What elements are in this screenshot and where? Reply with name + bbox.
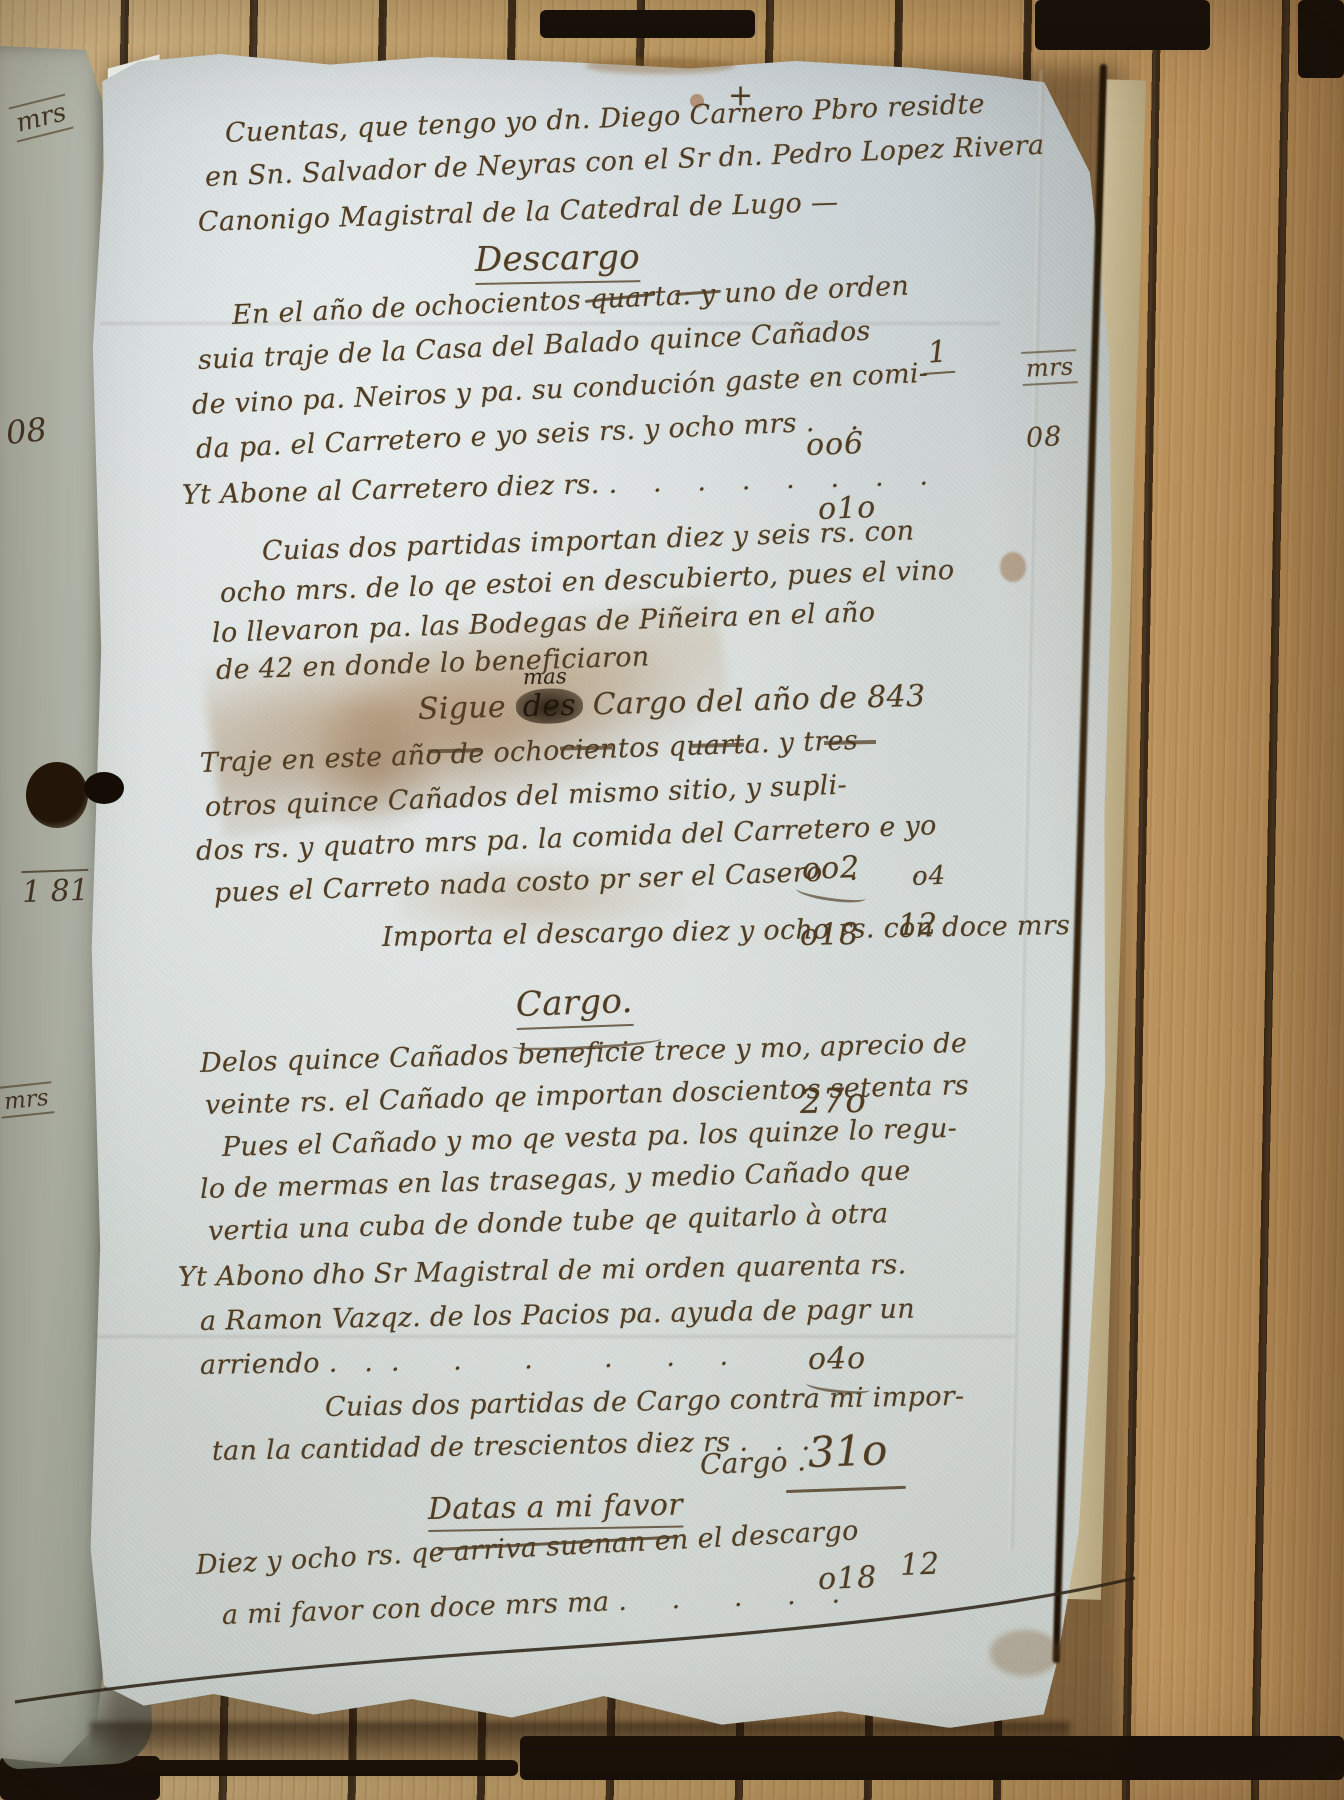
amount-mrs: 08 bbox=[1025, 421, 1063, 454]
sigue-struck-text: des bbox=[522, 688, 576, 724]
plank-gap-top-corner bbox=[1298, 0, 1344, 78]
amount-rs: oo2 bbox=[801, 850, 860, 887]
adjacent-fragment-mrs-bottom: mrs bbox=[0, 1081, 54, 1118]
section-heading-cargo: Cargo. bbox=[515, 981, 633, 1030]
amount-mrs: o4 bbox=[911, 861, 946, 892]
adjacent-fragment-181: 1 81 bbox=[21, 869, 89, 910]
plank-gap-top-right bbox=[1035, 0, 1210, 50]
amount-rs: o18 bbox=[800, 917, 860, 953]
column-mark-rs: 1 bbox=[921, 334, 956, 375]
sigue-struck-word: desmas bbox=[515, 688, 583, 725]
amount-rs: o4o bbox=[808, 1341, 867, 1377]
section-heading-descargo: Descargo bbox=[475, 237, 641, 285]
sigue-superscript: mas bbox=[523, 664, 568, 689]
section-heading-datas: Datas a mi favor bbox=[428, 1488, 684, 1532]
closing-ink-line bbox=[10, 1550, 1150, 1730]
cargo-total-label: Cargo . bbox=[699, 1444, 806, 1481]
plank-gap-top-center bbox=[540, 10, 755, 38]
manuscript-photo: mrs 08 1 81 mrs + Cuentas, que tengo yo … bbox=[0, 0, 1344, 1800]
amount-rs: oo6 bbox=[805, 426, 864, 463]
adjacent-fragment-08: 08 bbox=[4, 410, 48, 452]
closing-ink-path bbox=[15, 1578, 1135, 1702]
amount-total: 31o bbox=[807, 1425, 888, 1477]
amount-mrs: 12 bbox=[898, 907, 939, 943]
column-header-mrs: mrs bbox=[1021, 349, 1078, 386]
sigue-lead: Sigue bbox=[418, 689, 517, 727]
